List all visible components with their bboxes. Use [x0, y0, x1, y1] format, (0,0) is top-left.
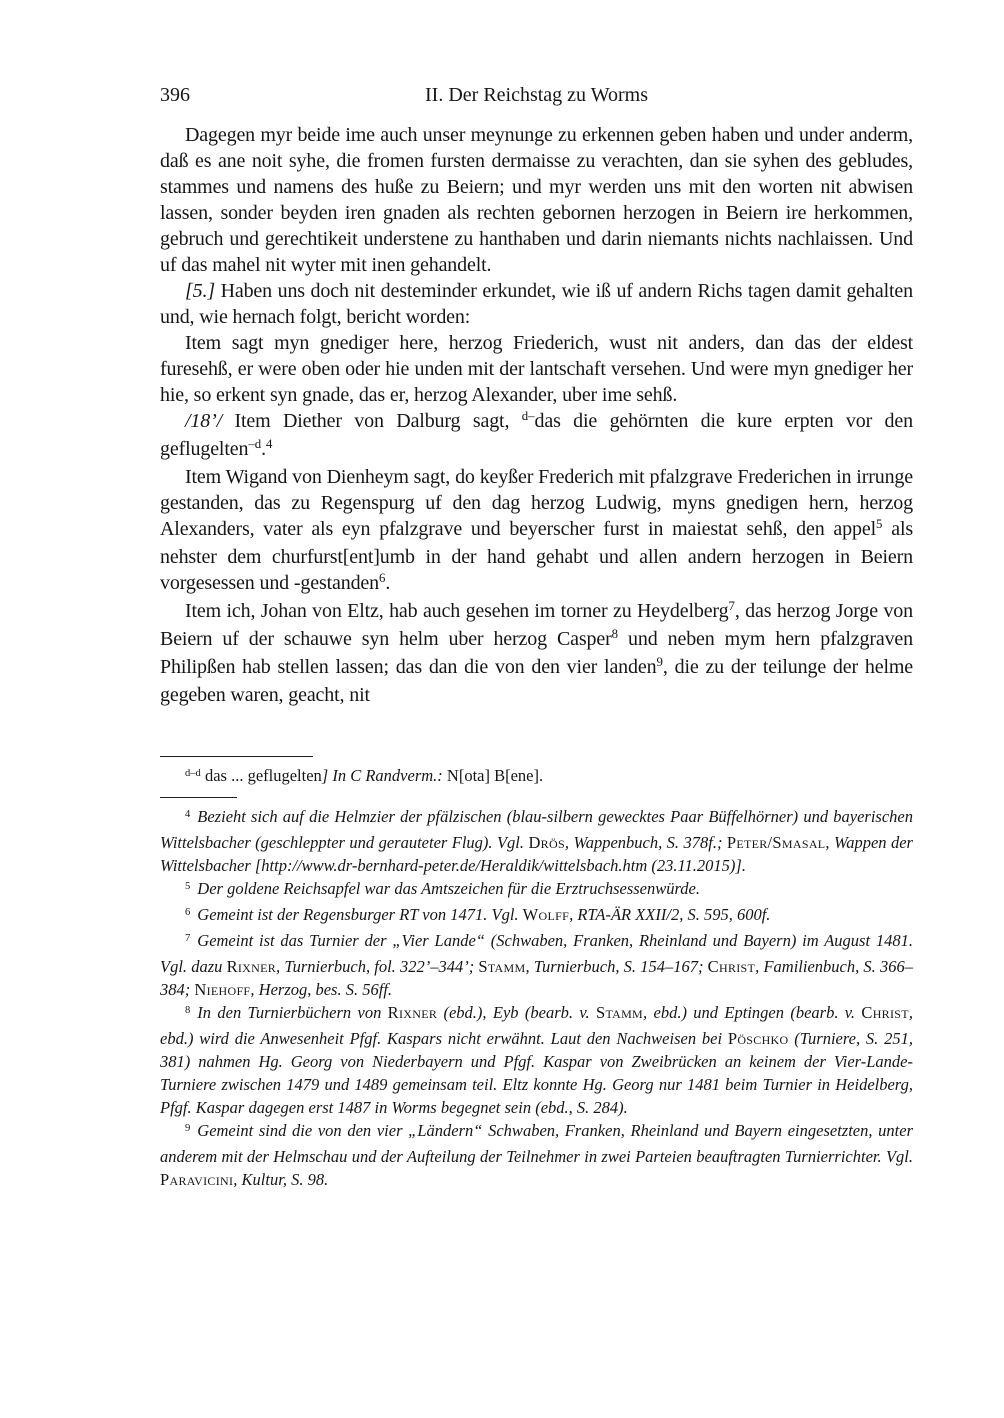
text-segment: .: [385, 572, 390, 594]
footnote: 8In den Turnierbüchern von Rixner (ebd.)…: [160, 1001, 913, 1119]
text-segment: , Wappenbuch, S. 378f.;: [565, 833, 727, 852]
text-segment: Item Wigand von Dienheym sagt, do keyßer…: [160, 466, 913, 540]
text-segment: Rixner: [388, 1003, 437, 1022]
text-segment: Drös: [528, 833, 564, 852]
body-paragraph: /18’/ Item Diether von Dalburg sagt, d–d…: [160, 408, 913, 464]
text-segment: Stamm: [596, 1003, 643, 1022]
footnote-list: 4Bezieht sich auf die Helmzier der pfälz…: [160, 805, 913, 1191]
text-segment: Christ: [708, 957, 755, 976]
body-paragraph: Dagegen myr beide ime auch unser meynung…: [160, 122, 913, 278]
body-paragraph: Item ich, Johan von Eltz, hab auch geseh…: [160, 598, 913, 708]
footnote-marker: 8: [185, 1005, 190, 1016]
text-segment: 5: [876, 517, 882, 531]
text-segment: Dagegen myr beide ime auch unser meynung…: [160, 124, 913, 276]
text-segment: [5.]: [185, 280, 215, 302]
text-segment: /18’/: [185, 410, 222, 432]
text-segment: Stamm: [478, 957, 525, 976]
text-segment: d–d: [185, 768, 201, 779]
apparatus-note: d–d das ... geflugelten] In C Randverm.:…: [160, 764, 913, 790]
text-segment: Paravicini: [160, 1170, 233, 1189]
footnotes-section: 4Bezieht sich auf die Helmzier der pfälz…: [160, 797, 913, 1191]
text-segment: Item Diether von Dalburg sagt,: [222, 410, 522, 432]
body-paragraph: Item sagt myn gnediger here, herzog Frie…: [160, 330, 913, 408]
text-segment: (ebd.), Eyb (bearb. v.: [437, 1003, 596, 1022]
footnote-marker: 9: [185, 1123, 190, 1134]
text-segment: ] In C Randverm.:: [322, 766, 443, 785]
text-segment: Gemeint sind die von den vier „Ländern“ …: [160, 1121, 913, 1166]
body-paragraph: [5.] Haben uns doch nit desteminder erku…: [160, 278, 913, 330]
text-segment: In den Turnierbüchern von: [197, 1003, 387, 1022]
body-text: Dagegen myr beide ime auch unser meynung…: [160, 122, 913, 708]
footnote-marker: 5: [185, 881, 190, 892]
book-page: 396 II. Der Reichstag zu Worms Dagegen m…: [0, 0, 1004, 1418]
footnote: 7Gemeint ist das Turnier der „Vier Lande…: [160, 929, 913, 1001]
text-segment: das ... geflugelten: [201, 766, 322, 785]
footnote-marker: 7: [185, 933, 190, 944]
text-segment: , ebd.) und Eptingen (bearb. v.: [643, 1003, 861, 1022]
footnote: 9Gemeint sind die von den vier „Ländern“…: [160, 1119, 913, 1191]
text-segment: Item ich, Johan von Eltz, hab auch geseh…: [185, 600, 728, 622]
text-segment: –d: [248, 437, 261, 451]
text-segment: Rixner: [227, 957, 276, 976]
text-segment: N[ota] B[ene].: [443, 766, 543, 785]
text-segment: 9: [656, 655, 662, 669]
text-segment: Peter/Smasal: [727, 833, 826, 852]
footnote-marker: 4: [185, 809, 190, 820]
running-header: 396 II. Der Reichstag zu Worms: [160, 82, 913, 110]
text-segment: Der goldene Reichsapfel war das Amtszeic…: [197, 879, 700, 898]
text-segment: Item sagt myn gnediger here, herzog Frie…: [160, 332, 913, 406]
footnote-separator-rule: [160, 797, 237, 798]
footnote: 5Der goldene Reichsapfel war das Amtszei…: [160, 877, 913, 903]
text-segment: Niehoff: [194, 980, 250, 999]
text-segment: Pöschko: [728, 1029, 789, 1048]
text-segment: , RTA-ÄR XXII/2, S. 595, 600f.: [569, 905, 770, 924]
text-segment: d–: [522, 409, 535, 423]
text-segment: 6: [379, 571, 385, 585]
text-segment: Haben uns doch nit desteminder erkundet,…: [160, 280, 913, 328]
text-segment: , Turnierbuch, S. 154–167;: [525, 957, 707, 976]
text-segment: 4: [266, 437, 272, 451]
footnote: 6Gemeint ist der Regensburger RT von 147…: [160, 903, 913, 929]
footnote: 4Bezieht sich auf die Helmzier der pfälz…: [160, 805, 913, 877]
text-segment: , Turnierbuch, fol. 322’–344’;: [276, 957, 478, 976]
running-header-title: II. Der Reichstag zu Worms: [160, 82, 913, 108]
text-segment: 7: [728, 599, 734, 613]
apparatus-separator-rule: [160, 756, 313, 757]
footnote-marker: 6: [185, 907, 190, 918]
critical-apparatus: d–d das ... geflugelten] In C Randverm.:…: [160, 756, 913, 790]
body-paragraph: Item Wigand von Dienheym sagt, do keyßer…: [160, 464, 913, 598]
text-segment: , Herzog, bes. S. 56ff.: [250, 980, 392, 999]
text-segment: Christ: [861, 1003, 908, 1022]
text-segment: , Kultur, S. 98.: [233, 1170, 328, 1189]
text-segment: Gemeint ist der Regensburger RT von 1471…: [197, 905, 522, 924]
text-segment: 8: [612, 627, 618, 641]
text-segment: Wolff: [523, 905, 569, 924]
